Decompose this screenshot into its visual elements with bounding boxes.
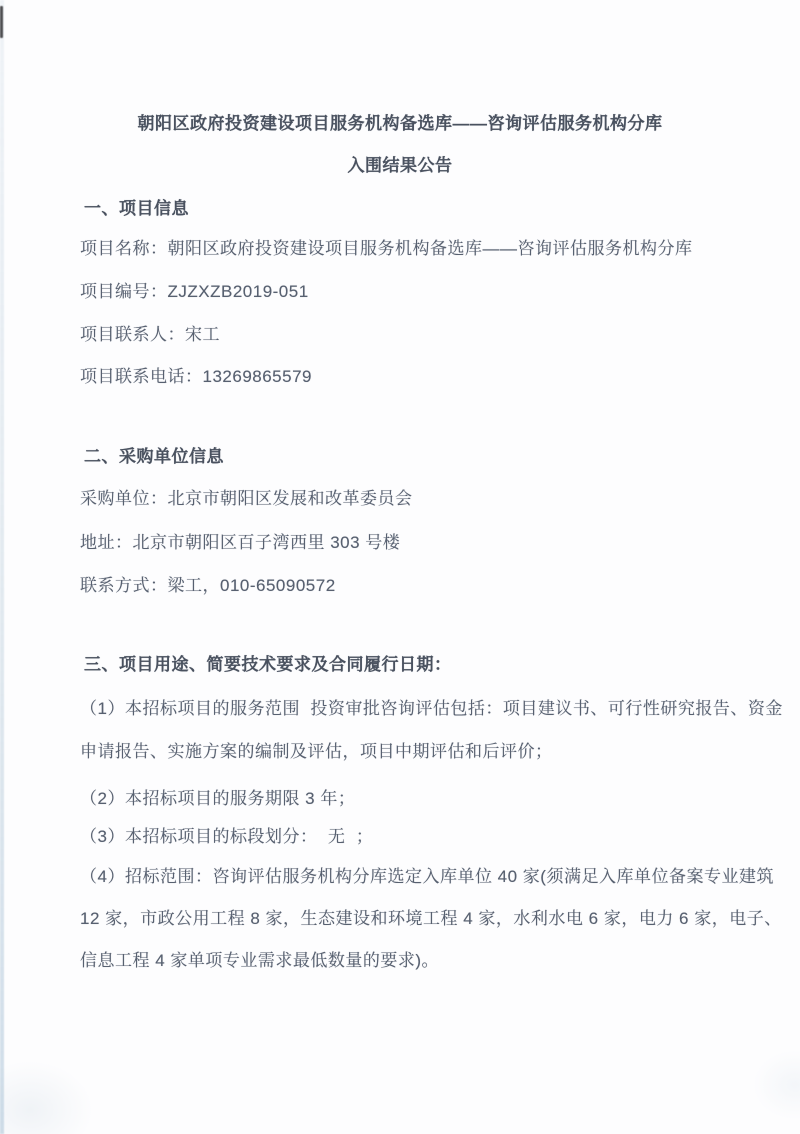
clause-2-line: （2）本招标项目的服务期限 3 年； bbox=[80, 787, 355, 811]
section-2-heading: 二、采购单位信息 bbox=[84, 445, 224, 469]
project-contact-person-line: 项目联系人：宋工 bbox=[80, 323, 220, 347]
purchasing-unit-line: 采购单位：北京市朝阳区发展和改革委员会 bbox=[80, 487, 413, 511]
project-number-line: 项目编号：ZJZXZB2019-051 bbox=[80, 280, 309, 304]
section-3-heading: 三、项目用途、简要技术要求及合同履行日期： bbox=[84, 653, 452, 677]
clause-3-line: （3）本招标项目的标段划分： 无 ； bbox=[80, 825, 373, 849]
contact-method-line: 联系方式：梁工，010-65090572 bbox=[80, 574, 336, 598]
project-name-line: 项目名称：朝阳区政府投资建设项目服务机构备选库——咨询评估服务机构分库 bbox=[80, 237, 693, 261]
clause-4-line-3: 信息工程 4 家单项专业需求最低数量的要求)。 bbox=[80, 949, 439, 973]
scan-artifact-top-left-mark bbox=[0, 6, 3, 38]
clause-4-line-2: 12 家，市政公用工程 8 家，生态建设和环境工程 4 家，水利水电 6 家，电… bbox=[80, 907, 782, 931]
document-title-line-2: 入围结果公告 bbox=[0, 154, 800, 178]
document-title-line-1: 朝阳区政府投资建设项目服务机构备选库——咨询评估服务机构分库 bbox=[0, 112, 800, 136]
scanned-document-page: 朝阳区政府投资建设项目服务机构备选库——咨询评估服务机构分库 入围结果公告 一、… bbox=[0, 0, 800, 1134]
project-contact-phone-line: 项目联系电话：13269865579 bbox=[80, 365, 312, 389]
clause-1-line-2: 申请报告、实施方案的编制及评估，项目中期评估和后评价； bbox=[80, 740, 553, 764]
clause-4-line-1: （4）招标范围：咨询评估服务机构分库选定入库单位 40 家(须满足入库单位备案专… bbox=[80, 865, 774, 889]
section-1-heading: 一、项目信息 bbox=[84, 197, 189, 221]
address-line: 地址：北京市朝阳区百子湾西里 303 号楼 bbox=[80, 531, 400, 555]
clause-1-line-1: （1）本招标项目的服务范围 投资审批咨询评估包括：项目建议书、可行性研究报告、资… bbox=[80, 697, 783, 721]
